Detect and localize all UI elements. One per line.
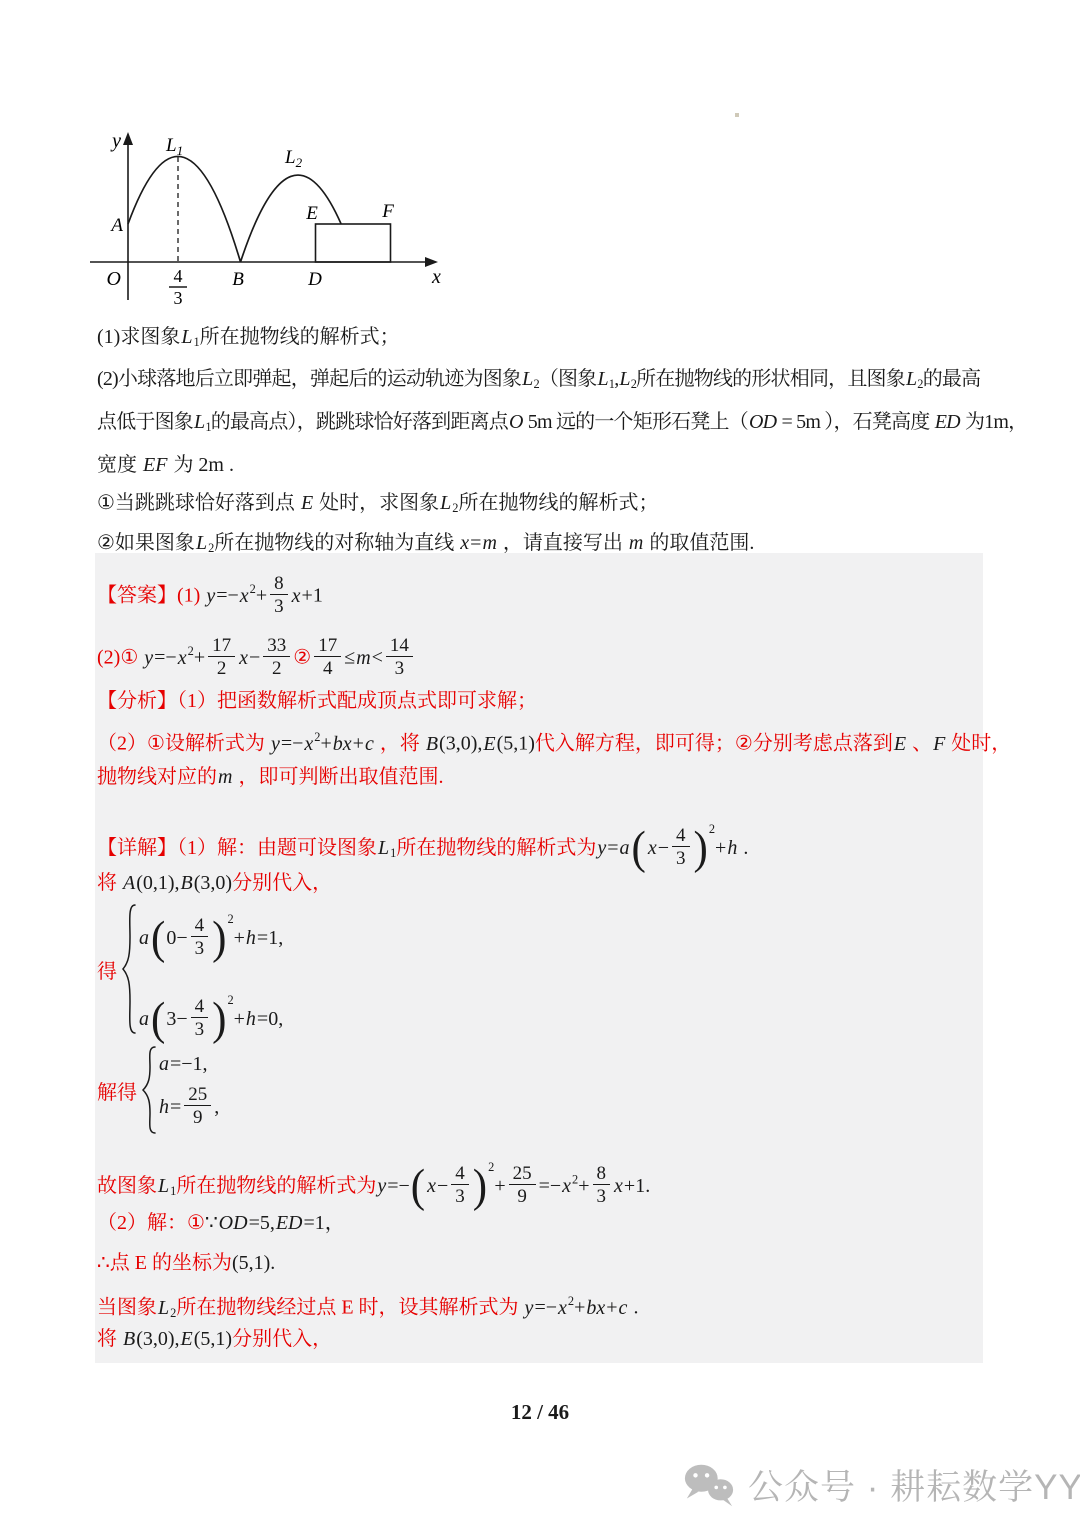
math-segment: ① — [120, 647, 138, 669]
math-segment: a — [619, 837, 631, 859]
math-segment: − — [437, 1175, 448, 1197]
point-F-label: F — [381, 201, 394, 222]
math-segment: =5, — [249, 1212, 275, 1234]
fraction: 172 — [208, 635, 235, 680]
math-segment: （图象 — [539, 368, 597, 390]
math-segment: h — [726, 837, 738, 859]
math-segment: (1) — [177, 585, 205, 607]
math-segment: B — [425, 733, 439, 755]
left-brace — [140, 1044, 158, 1136]
equation-system-1: 得 a(0−43)2+h=1, a(3−43)2+h=0, — [97, 902, 283, 1036]
math-segment: (3,0), — [439, 733, 482, 755]
math-segment: = 5m ），石凳高度 — [777, 411, 933, 433]
question-line-1: (1)求图象L1所在抛物线的解析式； — [97, 320, 400, 359]
math-segment: （2）解： — [97, 1212, 187, 1234]
parabola-L2 — [241, 175, 342, 262]
analysis-line-1: 【分析】（1）把函数解析式配成顶点式即可求解； — [97, 686, 537, 716]
math-segment: m — [628, 532, 644, 554]
math-segment: ① — [187, 1212, 205, 1234]
fraction: 332 — [263, 635, 290, 680]
question-line-5: ①当跳跳球恰好落到点 E 处时，求图象L2所在抛物线的解析式； — [97, 486, 658, 525]
math-segment: OD — [218, 1212, 249, 1234]
math-segment: 分别代入， — [232, 1328, 332, 1350]
math-segment: x — [647, 837, 658, 859]
point-B-label: B — [232, 269, 244, 290]
math-segment: L — [377, 837, 390, 859]
footer-account-text: 公众号 · 耕耘数学YYDS — [748, 1460, 1080, 1510]
system-1-label: 得 — [97, 955, 117, 984]
math-segment: (5,1) — [194, 1328, 232, 1350]
math-segment: y — [524, 1297, 535, 1319]
equation-row: a(3−43)2+h=0, — [138, 969, 283, 1050]
math-segment: 抛物线对应的 — [97, 766, 217, 788]
math-segment: F — [932, 733, 946, 755]
math-segment: , — [214, 1096, 219, 1118]
math-segment: y — [205, 585, 216, 607]
math-segment: 的最高 — [923, 368, 981, 390]
math-segment: 所在抛物线的解析式为 — [176, 1175, 376, 1197]
math-segment: x — [557, 1297, 568, 1319]
fraction-numerator: 4 — [174, 266, 183, 286]
math-segment: (1)求图象 — [97, 326, 180, 348]
math-segment: y — [143, 647, 154, 669]
math-segment: + — [494, 1175, 505, 1197]
fraction-denominator: 3 — [174, 288, 183, 308]
math-segment: 所在抛物线的解析式； — [200, 326, 400, 348]
math-segment: + — [320, 733, 331, 755]
math-segment: y — [376, 1175, 387, 1197]
math-segment: 2 — [709, 822, 715, 836]
math-segment: y — [270, 733, 281, 755]
left-brace — [120, 902, 138, 1036]
math-segment: (3,0), — [136, 1328, 179, 1350]
math-segment: . — [738, 837, 748, 859]
point-D-label: D — [307, 269, 322, 290]
math-segment: . — [628, 1297, 638, 1319]
math-segment: c — [364, 733, 375, 755]
math-segment: x — [238, 647, 249, 669]
math-segment: L — [439, 492, 452, 514]
y-axis-label: y — [110, 130, 121, 152]
math-segment: L — [618, 368, 630, 390]
math-segment: = — [170, 1096, 181, 1118]
math-segment: =− — [154, 647, 177, 669]
math-segment: =−1, — [170, 1053, 208, 1075]
math-segment: (5,1) — [497, 733, 535, 755]
fraction: 43 — [451, 1163, 469, 1208]
fraction: 143 — [386, 635, 413, 680]
math-segment: + — [353, 733, 364, 755]
equation-system-2: 解得 a=−1, h=259, — [97, 1044, 219, 1136]
math-segment: OD — [748, 411, 777, 433]
fraction: 43 — [191, 996, 209, 1041]
math-segment: ， — [325, 1212, 345, 1234]
math-segment: bx — [332, 733, 353, 755]
math-segment: 将 — [97, 872, 122, 894]
math-segment: a — [158, 1053, 170, 1075]
math-segment: + — [574, 1297, 585, 1319]
math-segment: 代入解方程，即可得；②分别考虑点落到 — [535, 733, 893, 755]
math-segment: − — [249, 647, 260, 669]
math-segment: +1 — [302, 585, 323, 607]
math-segment: 为 2m . — [168, 454, 234, 476]
math-segment: + — [715, 837, 726, 859]
math-segment: L — [180, 326, 193, 348]
math-segment: +1. — [624, 1175, 650, 1197]
math-segment: x — [303, 733, 314, 755]
math-segment: 2 — [488, 1160, 494, 1174]
fraction: 83 — [270, 573, 288, 618]
math-segment: y — [596, 837, 607, 859]
equation-row: h=259, — [158, 1081, 219, 1133]
parabola-figure: y x O A B D E F L1 L2 4 3 — [0, 0, 470, 330]
document-page: y x O A B D E F L1 L2 4 3 (1)求图象L1所在抛物线的… — [0, 0, 1080, 1527]
stray-mark — [735, 113, 739, 117]
math-segment: 故图象 — [97, 1175, 157, 1197]
math-segment: =− — [539, 1175, 562, 1197]
math-segment: < — [372, 647, 383, 669]
math-segment: 、 — [907, 733, 932, 755]
math-segment: x — [459, 532, 470, 554]
math-segment: c — [618, 1297, 629, 1319]
math-segment: + — [606, 1297, 617, 1319]
math-segment: 宽度 — [97, 454, 142, 476]
math-segment: ，将 — [375, 733, 425, 755]
fraction: 259 — [184, 1084, 211, 1129]
math-segment: m — [217, 766, 233, 788]
math-segment: + — [578, 1175, 589, 1197]
analysis-line-2: （2）①设解析式为 y=−x2+bx+c ，将 B(3,0),E(5,1)代入解… — [97, 718, 1011, 763]
footer: 公众号 · 耕耘数学YYDS — [682, 1460, 1080, 1510]
math-segment: − — [658, 837, 669, 859]
math-segment: (5,1). — [232, 1252, 275, 1274]
math-segment: B — [122, 1328, 136, 1350]
question-line-3: 点低于图象L1的最高点），跳跳球恰好落到距离点O 5m 远的一个矩形石凳上（OD… — [97, 405, 1027, 444]
question-line-2: (2)小球落地后立即弹起，弹起后的运动轨迹为图象L2（图象L1,L2所在抛物线的… — [97, 362, 980, 401]
math-segment: E — [893, 733, 907, 755]
math-segment: ② — [293, 647, 311, 669]
page-number: 12 / 46 — [0, 1400, 1080, 1425]
math-segment: ，请直接写出 — [498, 532, 628, 554]
math-segment: + — [194, 647, 205, 669]
math-segment: 【分析】（1）把函数解析式配成顶点式即可求解； — [97, 690, 537, 712]
detail-line-5: ∴点 E 的坐标为(5,1). — [97, 1246, 275, 1280]
math-segment: E — [300, 492, 314, 514]
math-segment: = — [470, 532, 481, 554]
question-line-4: 宽度 EF 为 2m . — [97, 448, 234, 482]
math-segment: bx — [585, 1297, 606, 1319]
math-segment: 5m 远的一个矩形石凳上（ — [524, 411, 748, 433]
fraction: 83 — [593, 1163, 611, 1208]
math-segment: 处时， — [946, 733, 1011, 755]
fraction: 43 — [672, 825, 690, 870]
math-segment: ≤ — [344, 647, 355, 669]
math-segment: 0− — [166, 927, 187, 949]
math-segment: EF — [142, 454, 168, 476]
math-segment: + — [256, 585, 267, 607]
bench-rectangle — [316, 224, 391, 262]
math-segment: 的最高点），跳跳球恰好落到距离点 — [211, 411, 508, 433]
math-segment: (2)小球落地后立即弹起，弹起后的运动轨迹为图象 — [97, 368, 521, 390]
system-1-equations: a(0−43)2+h=1, a(3−43)2+h=0, — [138, 888, 283, 1050]
math-segment: x — [239, 585, 250, 607]
fraction: 174 — [314, 635, 341, 680]
math-segment: =1 — [304, 1212, 325, 1234]
math-segment: = — [607, 837, 618, 859]
fraction: 259 — [509, 1163, 536, 1208]
point-E-label: E — [305, 203, 318, 224]
math-segment: 当图象 — [97, 1297, 157, 1319]
math-segment: m — [355, 647, 371, 669]
answer-line-2: (2)① y=−x2+172x−332②174≤m<143 — [97, 622, 416, 687]
math-segment: ，即可判断出取值范围. — [233, 766, 443, 788]
math-segment: h — [158, 1096, 170, 1118]
math-segment: (2) — [97, 647, 120, 669]
math-segment: ED — [934, 411, 961, 433]
math-segment: L — [521, 368, 533, 390]
math-segment: x — [613, 1175, 624, 1197]
detail-line-4: （2）解：①∵OD=5,ED=1， — [97, 1206, 345, 1240]
math-segment: L — [157, 1175, 170, 1197]
math-segment: 点低于图象 — [97, 411, 193, 433]
answer-line-1: 【答案】(1) y=−x2+83x+1 — [97, 560, 323, 625]
math-segment: 所在抛物线的形状相同，且图象 — [636, 368, 905, 390]
math-segment: 【详解】（1）解：由题可设图象 — [97, 837, 377, 859]
equation-row: a=−1, — [158, 1047, 219, 1081]
math-segment: =0, — [257, 1008, 283, 1030]
math-segment: L — [905, 368, 917, 390]
math-segment: 为1m， — [961, 411, 1028, 433]
parabola-L1 — [128, 156, 241, 262]
math-segment: ∴点 E 的坐标为 — [97, 1252, 232, 1274]
system-2-label: 解得 — [97, 1076, 137, 1105]
math-segment: ①当跳跳球恰好落到点 — [97, 492, 300, 514]
math-segment: + — [234, 1008, 245, 1030]
math-segment: =− — [387, 1175, 410, 1197]
math-segment: 所在抛物线的解析式； — [458, 492, 658, 514]
math-segment: + — [234, 927, 245, 949]
math-segment: E — [180, 1328, 194, 1350]
math-segment: ∵ — [205, 1212, 218, 1234]
math-segment: 所在抛物线经过点 E 时，设其解析式为 — [176, 1297, 523, 1319]
math-segment: L — [193, 411, 205, 433]
point-A-label: A — [109, 215, 123, 236]
math-segment: L — [596, 368, 608, 390]
math-segment: 所在抛物线的解析式为 — [396, 837, 596, 859]
math-segment: A — [122, 872, 136, 894]
math-segment: 将 — [97, 1328, 122, 1350]
math-segment: 2 — [227, 912, 233, 926]
math-segment: x — [426, 1175, 437, 1197]
math-segment: 2 — [227, 993, 233, 1007]
math-segment: 的取值范围. — [644, 532, 754, 554]
math-segment: m — [481, 532, 497, 554]
math-segment: 3− — [166, 1008, 187, 1030]
math-segment: L — [157, 1297, 170, 1319]
equation-row: a(0−43)2+h=1, — [138, 888, 283, 969]
math-segment: a — [138, 927, 150, 949]
detail-line-7: 将 B(3,0),E(5,1)分别代入， — [97, 1322, 332, 1356]
math-segment: =− — [281, 733, 304, 755]
math-segment: ED — [275, 1212, 304, 1234]
math-segment: x — [561, 1175, 572, 1197]
curve-L1-label: L1 — [165, 135, 183, 158]
math-segment: =− — [216, 585, 239, 607]
math-segment: 处时，求图象 — [314, 492, 439, 514]
origin-label: O — [107, 268, 121, 290]
math-segment: 所在抛物线的对称轴为直线 — [214, 532, 459, 554]
math-segment: h — [245, 1008, 257, 1030]
y-axis-arrow — [123, 132, 133, 145]
math-segment: ②如果图象 — [97, 532, 195, 554]
math-segment: x — [291, 585, 302, 607]
x-axis-label: x — [431, 266, 441, 288]
fraction: 43 — [191, 915, 209, 960]
analysis-line-3: 抛物线对应的m ，即可判断出取值范围. — [97, 762, 443, 792]
math-segment: E — [482, 733, 496, 755]
math-segment: （2）①设解析式为 — [97, 733, 270, 755]
math-segment: =− — [534, 1297, 557, 1319]
math-segment: O — [508, 411, 524, 433]
math-segment: 【答案】 — [97, 585, 177, 607]
wechat-icon — [682, 1462, 736, 1508]
math-segment: L — [195, 532, 208, 554]
system-2-equations: a=−1, h=259, — [158, 1047, 219, 1133]
math-segment: =1, — [257, 927, 283, 949]
curve-L2-label: L2 — [284, 147, 303, 170]
math-segment: x — [177, 647, 188, 669]
math-segment: a — [138, 1008, 150, 1030]
math-segment: h — [245, 927, 257, 949]
